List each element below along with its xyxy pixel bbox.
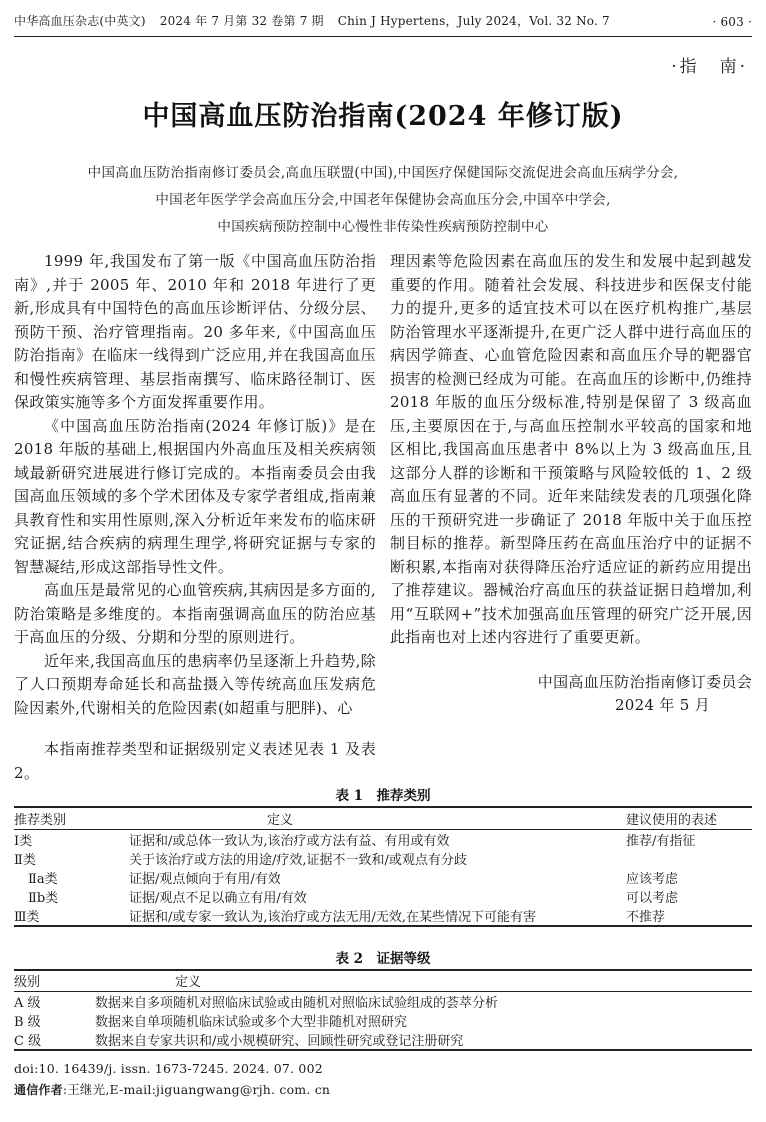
article-title: 中国高血压防治指南(2024 年修订版) xyxy=(0,94,766,133)
table-row: Ⅱa类 证据/观点倾向于有用/有效 应该考虑 xyxy=(14,868,752,887)
signature-date: 2024 年 5 月 xyxy=(390,694,752,718)
table2-header-level: 级别 xyxy=(14,970,95,992)
definition-cell: 证据/观点倾向于有用/有效 xyxy=(129,868,626,887)
footnote-block: doi:10. 16439/j. issn. 1673-7245. 2024. … xyxy=(14,1050,752,1098)
corresponding-author-label: 通信作者 xyxy=(14,1083,63,1097)
definition-cell: 数据来自单项随机临床试验或多个大型非随机对照研究 xyxy=(95,1011,752,1030)
table1-header-row: 推荐类别 定义 建议使用的表述 xyxy=(14,807,752,829)
table1-header-class: 推荐类别 xyxy=(14,807,129,829)
table-row: A 级 数据来自多项随机对照临床试验或由随机对照临床试验组成的荟萃分析 xyxy=(14,992,752,1012)
table1-header-recommendation: 建议使用的表述 xyxy=(626,807,752,829)
tables-note: 本指南推荐类型和证据级别定义表述见表 1 及表 2。 xyxy=(14,738,376,785)
author-line-2: 中国老年医学学会高血压分会,中国老年保健协会高血压分会,中国卒中学会, xyxy=(0,187,766,214)
table2-caption: 表 2 证据等级 xyxy=(14,949,752,969)
author-affiliations: 中国高血压防治指南修订委员会,高血压联盟(中国),中国医疗保健国际交流促进会高血… xyxy=(0,160,766,241)
definition-cell: 数据来自多项随机对照临床试验或由随机对照临床试验组成的荟萃分析 xyxy=(95,992,752,1012)
table1-recommendation-classes: 推荐类别 定义 建议使用的表述 Ⅰ类 证据和/或总体一致认为,该治疗或方法有益、… xyxy=(14,806,752,927)
table-row: Ⅱb类 证据/观点不足以确立有用/有效 可以考虑 xyxy=(14,887,752,906)
paragraph-prevalence: 近年来,我国高血压的患病率仍呈逐渐上升趋势,除了人口预期寿命延长和高盐摄入等传统… xyxy=(14,650,376,721)
journal-issue-info: 中华高血压杂志(中英文)2024 年 7 月第 32 卷第 7 期Chin J … xyxy=(14,12,610,29)
doi-line: doi:10. 16439/j. issn. 1673-7245. 2024. … xyxy=(14,1061,752,1076)
definition-cell: 证据/观点不足以确立有用/有效 xyxy=(129,887,626,906)
class-cell: Ⅲ类 xyxy=(14,906,129,926)
recommendation-cell: 不推荐 xyxy=(626,906,752,926)
journal-name-cn: 中华高血压杂志(中英文) xyxy=(14,14,146,28)
journal-page: 中华高血压杂志(中英文)2024 年 7 月第 32 卷第 7 期Chin J … xyxy=(0,0,766,1122)
recommendation-cell: 应该考虑 xyxy=(626,868,752,887)
running-head: 中华高血压杂志(中英文)2024 年 7 月第 32 卷第 7 期Chin J … xyxy=(14,12,752,37)
class-cell: Ⅱb类 xyxy=(14,887,129,906)
journal-name-en: Chin J Hypertens，July 2024，Vol. 32 No. 7 xyxy=(338,14,610,28)
table2-header-definition: 定义 xyxy=(95,970,752,992)
class-cell: Ⅱ类 xyxy=(14,849,129,868)
table-row: Ⅲ类 证据和/或专家一致认为,该治疗或方法无用/无效,在某些情况下可能有害 不推… xyxy=(14,906,752,926)
article-body: 1999 年,我国发布了第一版《中国高血压防治指南》,并于 2005 年、201… xyxy=(14,250,752,785)
recommendation-cell: 推荐/有指征 xyxy=(626,829,752,849)
table2-header-row: 级别 定义 xyxy=(14,970,752,992)
table2-evidence-levels: 级别 定义 A 级 数据来自多项随机对照临床试验或由随机对照临床试验组成的荟萃分… xyxy=(14,969,752,1052)
definition-cell: 证据和/或总体一致认为,该治疗或方法有益、有用或有效 xyxy=(129,829,626,849)
level-cell: C 级 xyxy=(14,1030,95,1050)
class-cell: Ⅰ类 xyxy=(14,829,129,849)
table1-caption: 表 1 推荐类别 xyxy=(14,786,752,806)
table1-header-definition: 定义 xyxy=(129,807,626,829)
page-number: · 603 · xyxy=(712,15,752,29)
paragraph-history: 1999 年,我国发布了第一版《中国高血压防治指南》,并于 2005 年、201… xyxy=(14,250,376,415)
table-row: B 级 数据来自单项随机临床试验或多个大型非随机对照研究 xyxy=(14,1011,752,1030)
corresponding-author-value: :王继光,E-mail:jiguangwang@rjh. com. cn xyxy=(63,1082,330,1097)
paragraph-strategy: 高血压是最常见的心血管疾病,其病因是多方面的,防治策略是多维度的。本指南强调高血… xyxy=(14,579,376,650)
left-column: 1999 年,我国发布了第一版《中国高血压防治指南》,并于 2005 年、201… xyxy=(14,250,376,785)
signature-committee: 中国高血压防治指南修订委员会 xyxy=(390,671,752,695)
author-line-3: 中国疾病预防控制中心慢性非传染性疾病预防控制中心 xyxy=(0,214,766,241)
level-cell: B 级 xyxy=(14,1011,95,1030)
table-row: Ⅱ类 关于该治疗或方法的用途/疗效,证据不一致和/或观点有分歧 xyxy=(14,849,752,868)
section-marker: ·指 南· xyxy=(671,52,748,77)
table-row: Ⅰ类 证据和/或总体一致认为,该治疗或方法有益、有用或有效 推荐/有指征 xyxy=(14,829,752,849)
paragraph-continuation: 理因素等危险因素在高血压的发生和发展中起到越发重要的作用。随着社会发展、科技进步… xyxy=(390,250,752,650)
level-cell: A 级 xyxy=(14,992,95,1012)
recommendation-cell: 可以考虑 xyxy=(626,887,752,906)
corresponding-author-line: 通信作者:王继光,E-mail:jiguangwang@rjh. com. cn xyxy=(14,1080,752,1098)
definition-cell: 证据和/或专家一致认为,该治疗或方法无用/无效,在某些情况下可能有害 xyxy=(129,906,626,926)
definition-cell: 关于该治疗或方法的用途/疗效,证据不一致和/或观点有分歧 xyxy=(129,849,626,868)
definition-cell: 数据来自专家共识和/或小规模研究、回顾性研究或登记注册研究 xyxy=(95,1030,752,1050)
issue-info-cn: 2024 年 7 月第 32 卷第 7 期 xyxy=(160,14,324,28)
class-cell: Ⅱa类 xyxy=(14,868,129,887)
paragraph-revision: 《中国高血压防治指南(2024 年修订版)》是在 2018 年版的基础上,根据国… xyxy=(14,415,376,580)
right-column: 理因素等危险因素在高血压的发生和发展中起到越发重要的作用。随着社会发展、科技进步… xyxy=(390,250,752,785)
author-line-1: 中国高血压防治指南修订委员会,高血压联盟(中国),中国医疗保健国际交流促进会高血… xyxy=(0,160,766,187)
tables-section: 表 1 推荐类别 推荐类别 定义 建议使用的表述 Ⅰ类 证据和/或总体一致认为,… xyxy=(14,786,752,1051)
recommendation-cell xyxy=(626,849,752,868)
table-row: C 级 数据来自专家共识和/或小规模研究、回顾性研究或登记注册研究 xyxy=(14,1030,752,1050)
footnote-divider xyxy=(14,1050,214,1051)
